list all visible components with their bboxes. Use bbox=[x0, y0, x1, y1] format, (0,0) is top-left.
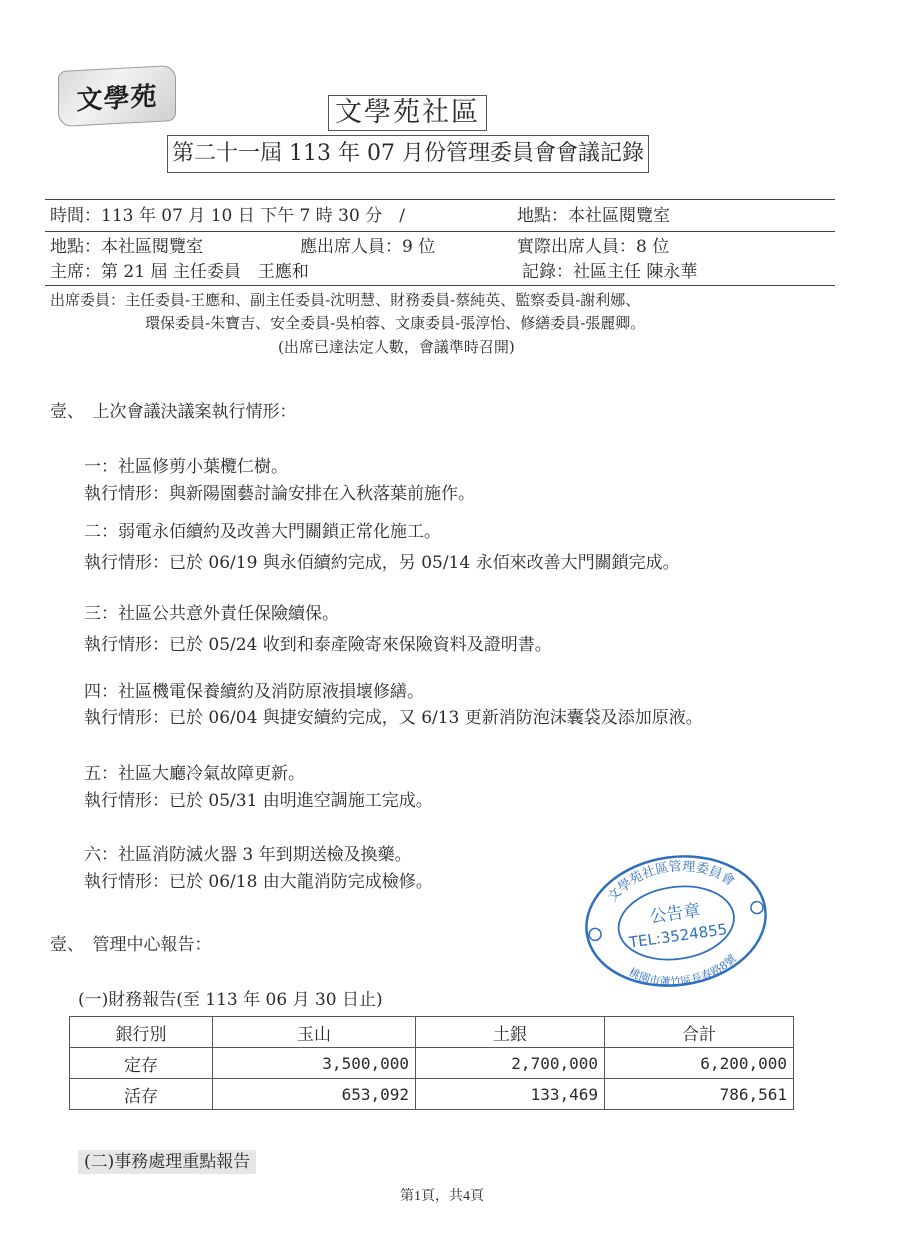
attendees-line-2: 環保委員-朱寶吉、安全委員-吳柏蓉、文康委員-張淳怡、修繕委員-張麗卿。 bbox=[145, 312, 645, 334]
meeting-chair: 主席：第 21 屆 主任委員 王應和 bbox=[50, 260, 309, 284]
stamp-center-text: 公告章 bbox=[648, 900, 701, 928]
meeting-location: 地點：本社區閱覽室 bbox=[50, 235, 203, 259]
section-2-heading: 壹、 管理中心報告： bbox=[50, 933, 212, 957]
official-stamp: 文學苑社區管理委員會 桃園市蘆竹區長春路8號 公告章 TEL:3524855 bbox=[573, 841, 778, 1002]
stamp-top-text: 文學苑社區管理委員會 bbox=[602, 851, 739, 906]
item-status: 執行情形：已於 06/18 由大龍消防完成檢修。 bbox=[84, 870, 433, 894]
attendees-line-1: 出席委員：主任委員-王應和、副主任委員-沈明慧、財務委員-蔡純英、監察委員-謝利… bbox=[50, 289, 640, 311]
meeting-time: 時間：113 年 07 月 10 日 下午 7 時 30 分 / bbox=[50, 204, 405, 228]
row-label: 定存 bbox=[70, 1048, 213, 1079]
page-indicator: 第1頁，共4頁 bbox=[400, 1185, 484, 1205]
item-status: 執行情形：已於 05/24 收到和泰產險寄來保險資料及證明書。 bbox=[84, 633, 552, 657]
header-cell: 銀行別 bbox=[70, 1017, 213, 1048]
logo-text: 文學苑 bbox=[76, 75, 157, 116]
table-row: 活存 653,092 133,469 786,561 bbox=[70, 1079, 794, 1110]
item-title: 四：社區機電保養續約及消防原液損壞修繕。 bbox=[84, 680, 424, 704]
quorum-note: (出席已達法定人數，會議準時召開) bbox=[278, 336, 515, 358]
divider bbox=[45, 199, 835, 200]
item-title: 五：社區大廳冷氣故障更新。 bbox=[84, 762, 305, 786]
cell-value: 133,469 bbox=[416, 1079, 605, 1110]
divider bbox=[45, 285, 835, 286]
header-cell: 合計 bbox=[605, 1017, 794, 1048]
item-status: 執行情形：與新陽園藝討論安排在入秋落葉前施作。 bbox=[84, 482, 475, 506]
table-header-row: 銀行別 玉山 土銀 合計 bbox=[70, 1017, 794, 1048]
finance-report-title: (一)財務報告(至 113 年 06 月 30 日止) bbox=[78, 988, 383, 1012]
meeting-location-right: 地點：本社區閱覽室 bbox=[517, 204, 670, 228]
item-status: 執行情形：已於 06/19 與永佰續約完成，另 05/14 永佰來改善大門關鎖完… bbox=[84, 551, 680, 575]
expected-attendees: 應出席人員：9 位 bbox=[300, 235, 435, 259]
cell-value: 6,200,000 bbox=[605, 1048, 794, 1079]
divider bbox=[45, 231, 835, 232]
cell-value: 653,092 bbox=[213, 1079, 416, 1110]
document-subtitle: 第二十一屆 113 年 07 月份管理委員會會議記錄 bbox=[167, 135, 649, 173]
document-title: 文學苑社區 bbox=[328, 95, 487, 131]
community-logo: 文學苑 bbox=[58, 65, 176, 127]
section-1-heading: 壹、 上次會議決議案執行情形： bbox=[50, 400, 297, 424]
header-cell: 土銀 bbox=[416, 1017, 605, 1048]
row-label: 活存 bbox=[70, 1079, 213, 1110]
plum-flower-icon bbox=[588, 928, 602, 942]
actual-attendees: 實際出席人員：8 位 bbox=[517, 235, 669, 259]
item-title: 六：社區消防滅火器 3 年到期送檢及換藥。 bbox=[84, 843, 412, 867]
item-title: 二：弱電永佰續約及改善大門關鎖正常化施工。 bbox=[84, 520, 441, 544]
cell-value: 3,500,000 bbox=[213, 1048, 416, 1079]
item-title: 三：社區公共意外責任保險續保。 bbox=[84, 602, 339, 626]
header-cell: 玉山 bbox=[213, 1017, 416, 1048]
item-status: 執行情形：已於 05/31 由明進空調施工完成。 bbox=[84, 789, 433, 813]
meeting-recorder: 記錄：社區主任 陳永華 bbox=[522, 260, 697, 284]
affairs-report-label: (二)事務處理重點報告 bbox=[78, 1150, 256, 1174]
table-row: 定存 3,500,000 2,700,000 6,200,000 bbox=[70, 1048, 794, 1079]
item-status: 執行情形：已於 06/04 與捷安續約完成，又 6/13 更新消防泡沫囊袋及添加… bbox=[84, 706, 703, 730]
plum-flower-icon bbox=[750, 901, 764, 915]
affairs-report-title: (二)事務處理重點報告 bbox=[78, 1150, 256, 1174]
cell-value: 786,561 bbox=[605, 1079, 794, 1110]
cell-value: 2,700,000 bbox=[416, 1048, 605, 1079]
item-title: 一：社區修剪小葉欖仁樹。 bbox=[84, 455, 288, 479]
finance-table: 銀行別 玉山 土銀 合計 定存 3,500,000 2,700,000 6,20… bbox=[69, 1016, 794, 1110]
